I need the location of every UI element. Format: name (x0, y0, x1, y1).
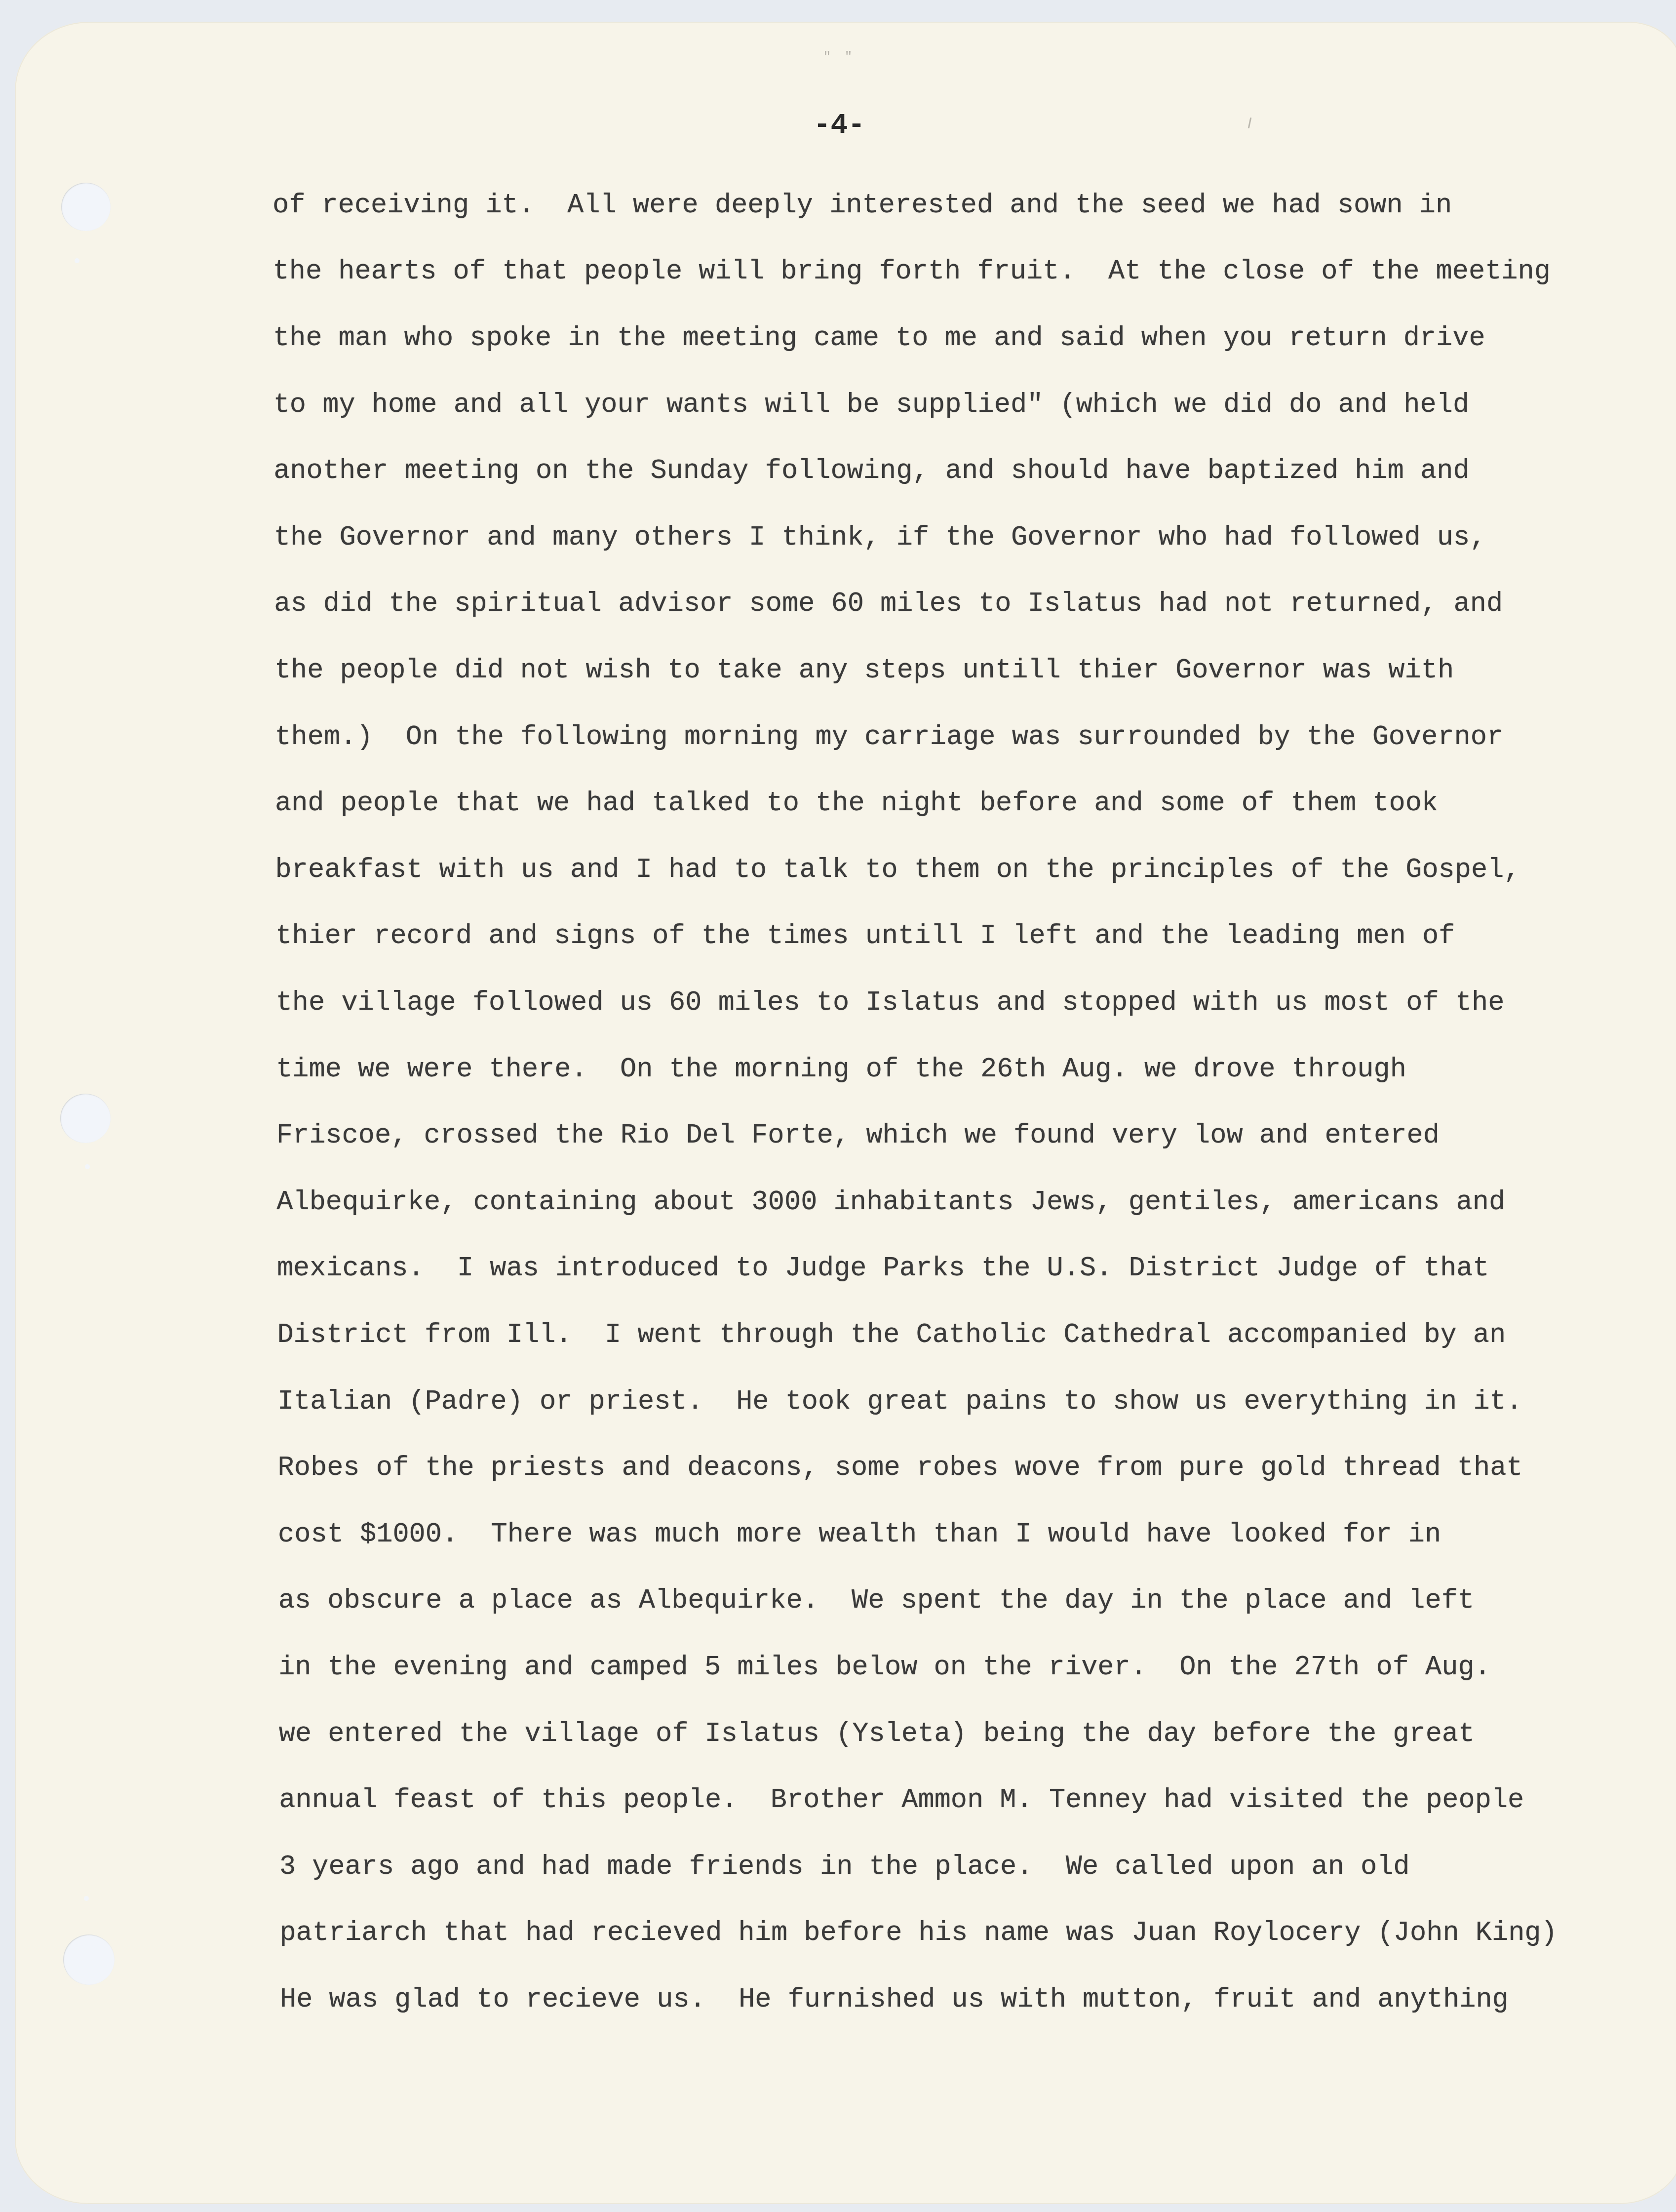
text-line: of receiving it. All were deeply interes… (273, 192, 1452, 219)
text-line: patriarch that had recieved him before h… (279, 1919, 1557, 1946)
text-line: the hearts of that people will bring for… (273, 258, 1551, 285)
text-line: time we were there. On the morning of th… (276, 1056, 1406, 1083)
text-line: the man who spoke in the meeting came to… (273, 324, 1485, 352)
text-line: Robes of the priests and deacons, some r… (278, 1454, 1523, 1481)
text-line: to my home and all your wants will be su… (273, 391, 1469, 418)
punch-hole-middle (60, 1094, 111, 1143)
text-line: the Governor and many others I think, if… (274, 524, 1486, 551)
text-line: and people that we had talked to the nig… (275, 790, 1438, 817)
pinhole-bottom (84, 1896, 89, 1901)
text-line: He was glad to recieve us. He furnished … (280, 1986, 1509, 2013)
punch-hole-bottom (63, 1935, 115, 1985)
text-line: Albequirke, containing about 3000 inhabi… (276, 1188, 1505, 1216)
text-line: mexicans. I was introduced to Judge Park… (277, 1255, 1489, 1282)
text-line: them.) On the following morning my carri… (274, 723, 1503, 750)
text-line: annual feast of this people. Brother Amm… (279, 1786, 1524, 1814)
header-stray-mark: " " (815, 49, 864, 64)
text-line: as obscure a place as Albequirke. We spe… (278, 1587, 1474, 1614)
text-line: District from Ill. I went through the Ca… (277, 1321, 1506, 1348)
text-line: thier record and signs of the times unti… (275, 922, 1455, 949)
text-line: another meeting on the Sunday following,… (273, 457, 1469, 484)
text-line: the village followed us 60 miles to Isla… (276, 989, 1505, 1016)
punch-hole-top (61, 183, 111, 231)
text-line: the people did not wish to take any step… (274, 657, 1454, 684)
page-number: -4- (790, 110, 889, 142)
text-line: we entered the village of Islatus (Yslet… (279, 1720, 1475, 1747)
text-line: Friscoe, crossed the Rio Del Forte, whic… (276, 1122, 1440, 1149)
text-line: Italian (Padre) or priest. He took great… (277, 1388, 1522, 1415)
pinhole-top (75, 258, 79, 263)
text-line: as did the spiritual advisor some 60 mil… (274, 590, 1503, 617)
pinhole-middle (85, 1164, 90, 1169)
text-line: in the evening and camped 5 miles below … (278, 1654, 1491, 1681)
text-line: breakfast with us and I had to talk to t… (275, 856, 1520, 883)
text-line: 3 years ago and had made friends in the … (279, 1853, 1410, 1880)
text-line: cost $1000. There was much more wealth t… (278, 1521, 1441, 1548)
